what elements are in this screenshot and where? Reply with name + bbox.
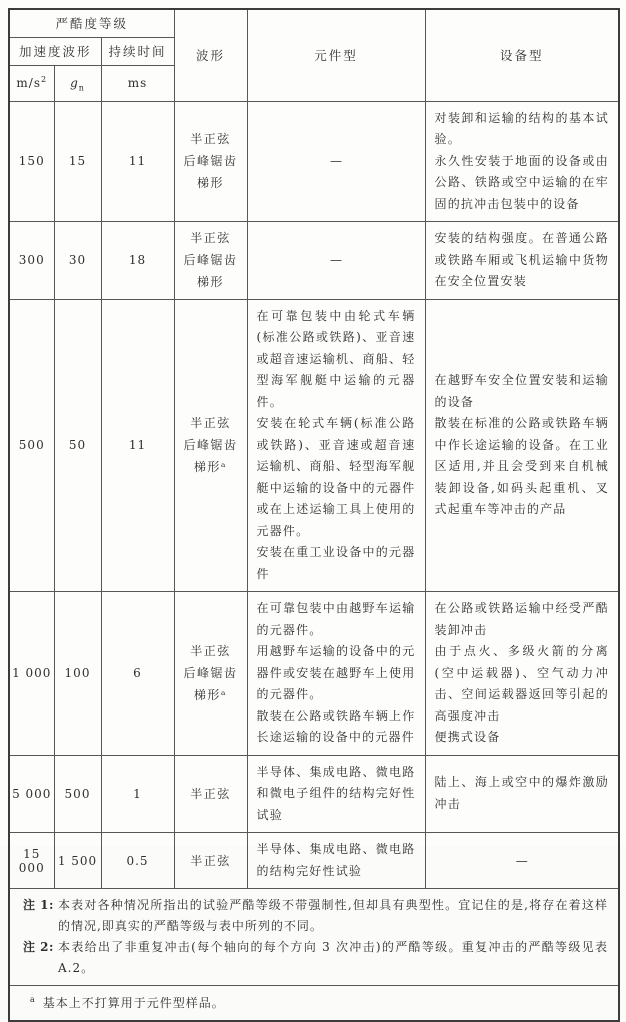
note-2: 注 2:本表给出了非重复冲击(每个轴向的每个方向 3 次冲击)的严酷等级。重复冲…: [10, 937, 608, 979]
cell-duration-ms: 0.5: [101, 833, 174, 889]
table-row: 15 000 1 500 0.5 半正弦 半导体、集成电路、微电路的结构完好性试…: [9, 833, 619, 889]
cell-acceleration-gn: 100: [54, 592, 101, 756]
severity-table: 严酷度等级 波形 元件型 设备型 加速度波形 持续时间 m/s2 gn ms 1…: [8, 8, 620, 1022]
cell-duration-ms: 1: [101, 755, 174, 833]
cell-equipment: 在公路或铁路运输中经受严酷装卸冲击 由于点火、多级火箭的分离(空中运载器)、空气…: [425, 592, 619, 756]
cell-acceleration-ms2: 15 000: [9, 833, 54, 889]
cell-waveform: 半正弦: [174, 755, 247, 833]
cell-duration-ms: 11: [101, 299, 174, 592]
header-duration: 持续时间: [101, 37, 174, 65]
header-unit-gn: gn: [54, 65, 101, 101]
header-acceleration: 加速度波形: [9, 37, 101, 65]
cell-waveform: 半正弦 后峰锯齿 梯形: [174, 101, 247, 222]
cell-duration-ms: 6: [101, 592, 174, 756]
cell-acceleration-gn: 500: [54, 755, 101, 833]
table-header-row-1: 严酷度等级 波形 元件型 设备型: [9, 9, 619, 37]
footnote-cell: a基本上不打算用于元件型样品。: [9, 986, 619, 1021]
cell-equipment: 对装卸和运输的结构的基本试验。 永久性安装于地面的设备或由公路、铁路或空中运输的…: [425, 101, 619, 222]
unit-ms2-exponent: 2: [41, 75, 47, 84]
notes-cell: 注 1:本表对各种情况所指出的试验严酷等级不带强制性,但却具有典型性。宜记住的是…: [9, 889, 619, 986]
footnote-a: a基本上不打算用于元件型样品。: [20, 993, 608, 1013]
table-row: 150 15 11 半正弦 后峰锯齿 梯形 — 对装卸和运输的结构的基本试验。 …: [9, 101, 619, 222]
note-1-label: 注 1:: [23, 895, 54, 916]
cell-waveform: 半正弦 后峰锯齿 梯形ᵃ: [174, 592, 247, 756]
cell-acceleration-ms2: 300: [9, 222, 54, 300]
header-component-type: 元件型: [247, 9, 425, 101]
footnote-marker: a: [30, 995, 36, 1004]
cell-duration-ms: 11: [101, 101, 174, 222]
note-1: 注 1:本表对各种情况所指出的试验严酷等级不带强制性,但却具有典型性。宜记住的是…: [10, 895, 608, 937]
cell-waveform: 半正弦 后峰锯齿 梯形: [174, 222, 247, 300]
unit-g-subscript: n: [79, 83, 85, 92]
footnote-text: 基本上不打算用于元件型样品。: [43, 996, 225, 1010]
table-row: 1 000 100 6 半正弦 后峰锯齿 梯形ᵃ 在可靠包装中由越野车运输的元器…: [9, 592, 619, 756]
header-unit-ms: ms: [101, 65, 174, 101]
cell-equipment: —: [425, 833, 619, 889]
cell-acceleration-ms2: 150: [9, 101, 54, 222]
cell-component: 在可靠包装中由越野车运输的元器件。 用越野车运输的设备中的元器件或安装在越野车上…: [247, 592, 425, 756]
cell-component: —: [247, 222, 425, 300]
cell-component: 半导体、集成电路、微电路和微电子组件的结构完好性试验: [247, 755, 425, 833]
cell-acceleration-gn: 50: [54, 299, 101, 592]
unit-g-base: g: [70, 76, 79, 90]
header-equipment-type: 设备型: [425, 9, 619, 101]
header-unit-ms2: m/s2: [9, 65, 54, 101]
cell-acceleration-gn: 15: [54, 101, 101, 222]
note-2-label: 注 2:: [23, 937, 54, 958]
document-page: 严酷度等级 波形 元件型 设备型 加速度波形 持续时间 m/s2 gn ms 1…: [0, 0, 626, 846]
notes-row: 注 1:本表对各种情况所指出的试验严酷等级不带强制性,但却具有典型性。宜记住的是…: [9, 889, 619, 986]
cell-equipment: 陆上、海上或空中的爆炸激励冲击: [425, 755, 619, 833]
note-1-text: 本表对各种情况所指出的试验严酷等级不带强制性,但却具有典型性。宜记住的是,将存在…: [58, 898, 608, 933]
table-row: 5 000 500 1 半正弦 半导体、集成电路、微电路和微电子组件的结构完好性…: [9, 755, 619, 833]
header-severity-group: 严酷度等级: [9, 9, 174, 37]
cell-acceleration-ms2: 500: [9, 299, 54, 592]
cell-component: 半导体、集成电路、微电路的结构完好性试验: [247, 833, 425, 889]
cell-equipment: 安装的结构强度。在普通公路或铁路车厢或飞机运输中货物在安全位置安装: [425, 222, 619, 300]
cell-component: —: [247, 101, 425, 222]
footnote-row: a基本上不打算用于元件型样品。: [9, 986, 619, 1021]
cell-duration-ms: 18: [101, 222, 174, 300]
table-row: 500 50 11 半正弦 后峰锯齿 梯形ᵃ 在可靠包装中由轮式车辆(标准公路或…: [9, 299, 619, 592]
cell-acceleration-gn: 1 500: [54, 833, 101, 889]
cell-waveform: 半正弦: [174, 833, 247, 889]
header-waveform: 波形: [174, 9, 247, 101]
cell-component: 在可靠包装中由轮式车辆(标准公路或铁路)、亚音速或超音速运输机、商船、轻型海军舰…: [247, 299, 425, 592]
note-2-text: 本表给出了非重复冲击(每个轴向的每个方向 3 次冲击)的严酷等级。重复冲击的严酷…: [58, 940, 608, 975]
cell-acceleration-ms2: 5 000: [9, 755, 54, 833]
cell-acceleration-ms2: 1 000: [9, 592, 54, 756]
unit-ms2-base: m/s: [16, 76, 41, 90]
cell-acceleration-gn: 30: [54, 222, 101, 300]
cell-equipment: 在越野车安全位置安装和运输的设备 散装在标准的公路或铁路车辆中作长途运输的设备。…: [425, 299, 619, 592]
cell-waveform: 半正弦 后峰锯齿 梯形ᵃ: [174, 299, 247, 592]
table-row: 300 30 18 半正弦 后峰锯齿 梯形 — 安装的结构强度。在普通公路或铁路…: [9, 222, 619, 300]
